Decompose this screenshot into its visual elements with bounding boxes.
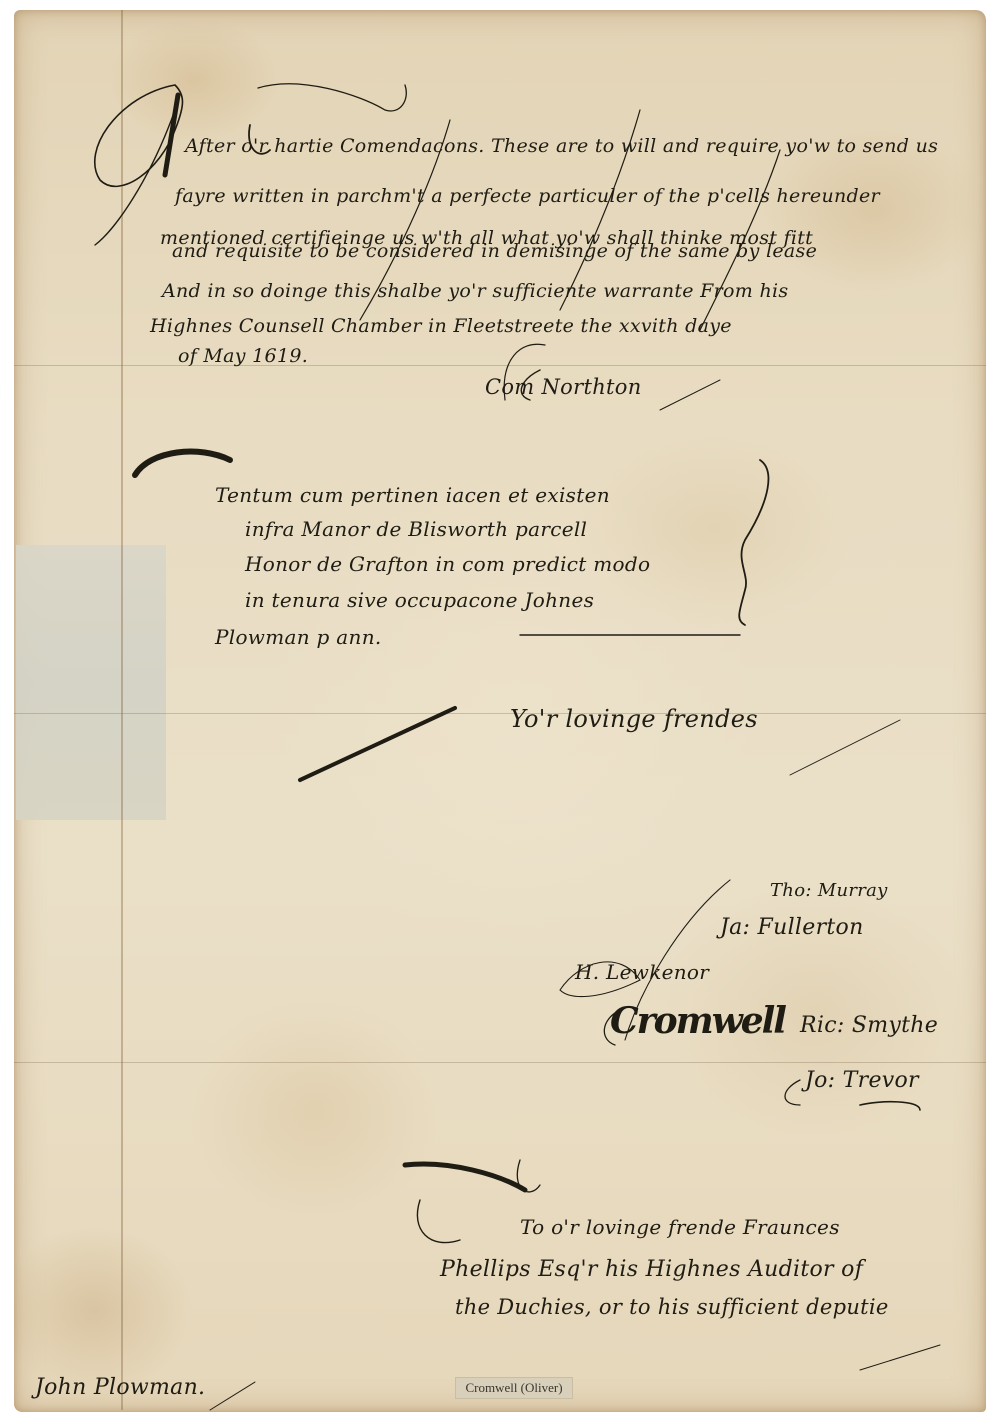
decorative-flourishes — [0, 0, 999, 1426]
body-line: and requisite to be considered in demisi… — [172, 240, 817, 262]
signature-smythe: Ric: Smythe — [800, 1013, 938, 1038]
signature-lewkenor: H. Lewkenor — [575, 960, 709, 984]
latin-line: in tenura sive occupacone Johnes — [245, 588, 594, 612]
latin-line: infra Manor de Blisworth parcell — [245, 517, 587, 541]
body-line: Highnes Counsell Chamber in Fleetstreete… — [150, 315, 732, 337]
signature-cromwell: Cromwell — [610, 1000, 785, 1042]
body-line: fayre written in parchm't a perfecte par… — [175, 185, 880, 207]
address-line: the Duchies, or to his sufficient deputi… — [455, 1295, 889, 1319]
catalog-label: Cromwell (Oliver) — [455, 1377, 573, 1399]
signature-trevor: Jo: Trevor — [805, 1068, 919, 1093]
body-line: of May 1619. — [178, 345, 308, 367]
endorsement: John Plowman. — [35, 1375, 205, 1400]
latin-line: Plowman p ann. — [215, 625, 382, 649]
closing-phrase: Yo'r lovinge frendes — [510, 705, 758, 733]
signature-murray: Tho: Murray — [770, 880, 888, 901]
latin-line: Honor de Grafton in com predict modo — [245, 552, 650, 576]
address-line: Phellips Esq'r his Highnes Auditor of — [440, 1257, 863, 1282]
body-line: And in so doinge this shalbe yo'r suffic… — [162, 280, 788, 302]
body-line: After o'r hartie Comendacons. These are … — [185, 135, 938, 157]
signature-fullerton: Ja: Fullerton — [720, 915, 864, 940]
address-line: To o'r lovinge frende Fraunces — [520, 1215, 840, 1239]
county-annotation: Com Northton — [485, 375, 642, 399]
latin-line: Tentum cum pertinen iacen et existen — [215, 483, 610, 507]
